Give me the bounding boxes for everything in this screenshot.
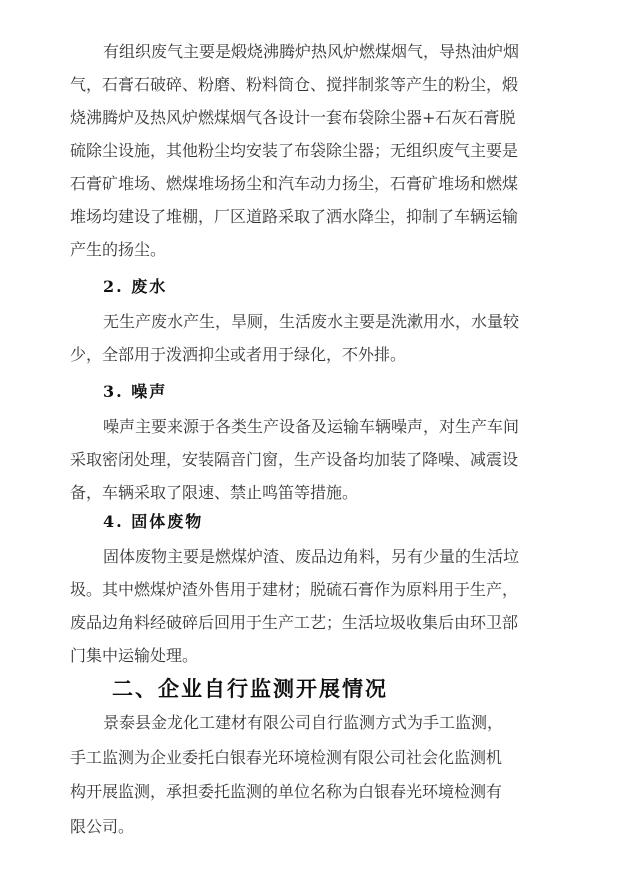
paragraph-line: 产生的扬尘。: [70, 240, 552, 260]
paragraph-line: 废品边角料经破碎后回用于生产工艺；生活垃圾收集后由环卫部: [70, 613, 552, 633]
subheading-solid-waste: 4. 固体废物: [103, 512, 203, 532]
paragraph-line: 景泰县金龙化工建材有限公司自行监测方式为手工监测，: [103, 713, 552, 733]
paragraph-line: 石膏矿堆场、燃煤堆场扬尘和汽车动力扬尘，石膏矿堆场和燃煤: [70, 174, 552, 194]
paragraph-line: 门集中运输处理。: [70, 646, 552, 666]
paragraph-line: 备，车辆采取了限速、禁止鸣笛等措施。: [70, 483, 552, 503]
paragraph-line: 手工监测为企业委托白银春光环境检测有限公司社会化监测机: [70, 748, 552, 768]
paragraph-line: 圾。其中燃煤炉渣外售用于建材；脱硫石膏作为原料用于生产，: [70, 580, 552, 600]
paragraph-line: 硫除尘设施，其他粉尘均安装了布袋除尘器；无组织废气主要是: [70, 141, 552, 161]
paragraph-line: 烧沸腾炉及热风炉燃煤烟气各设计一套布袋除尘器+石灰石膏脱: [70, 108, 552, 128]
paragraph-line: 无生产废水产生，旱厕，生活废水主要是洗漱用水，水量较: [103, 312, 552, 332]
paragraph-line: 固体废物主要是燃煤炉渣、废品边角料，另有少量的生活垃: [103, 547, 552, 567]
paragraph-line: 限公司。: [70, 817, 552, 837]
paragraph-line: 堆场均建设了堆棚，厂区道路采取了洒水降尘，抑制了车辆运输: [70, 207, 552, 227]
paragraph-line: 构开展监测，承担委托监测的单位名称为白银春光环境检测有: [70, 782, 552, 802]
paragraph-line: 气，石膏石破碎、粉磨、粉料筒仓、搅拌制浆等产生的粉尘，煅: [70, 75, 552, 95]
paragraph-line: 采取密闭处理，安装隔音门窗，生产设备均加装了降噪、减震设: [70, 450, 552, 470]
subheading-noise: 3. 噪声: [103, 382, 167, 402]
document-page: 有组织废气主要是煅烧沸腾炉热风炉燃煤烟气，导热油炉烟 气，石膏石破碎、粉磨、粉料…: [0, 0, 625, 882]
paragraph-line: 噪声主要来源于各类生产设备及运输车辆噪声，对生产车间: [103, 417, 552, 437]
paragraph-line: 少，全部用于泼洒抑尘或者用于绿化，不外排。: [70, 345, 552, 365]
paragraph-line: 有组织废气主要是煅烧沸腾炉热风炉燃煤烟气，导热油炉烟: [103, 42, 552, 62]
section-heading: 二、企业自行监测开展情况: [112, 676, 388, 702]
subheading-wastewater: 2. 废水: [103, 277, 167, 297]
